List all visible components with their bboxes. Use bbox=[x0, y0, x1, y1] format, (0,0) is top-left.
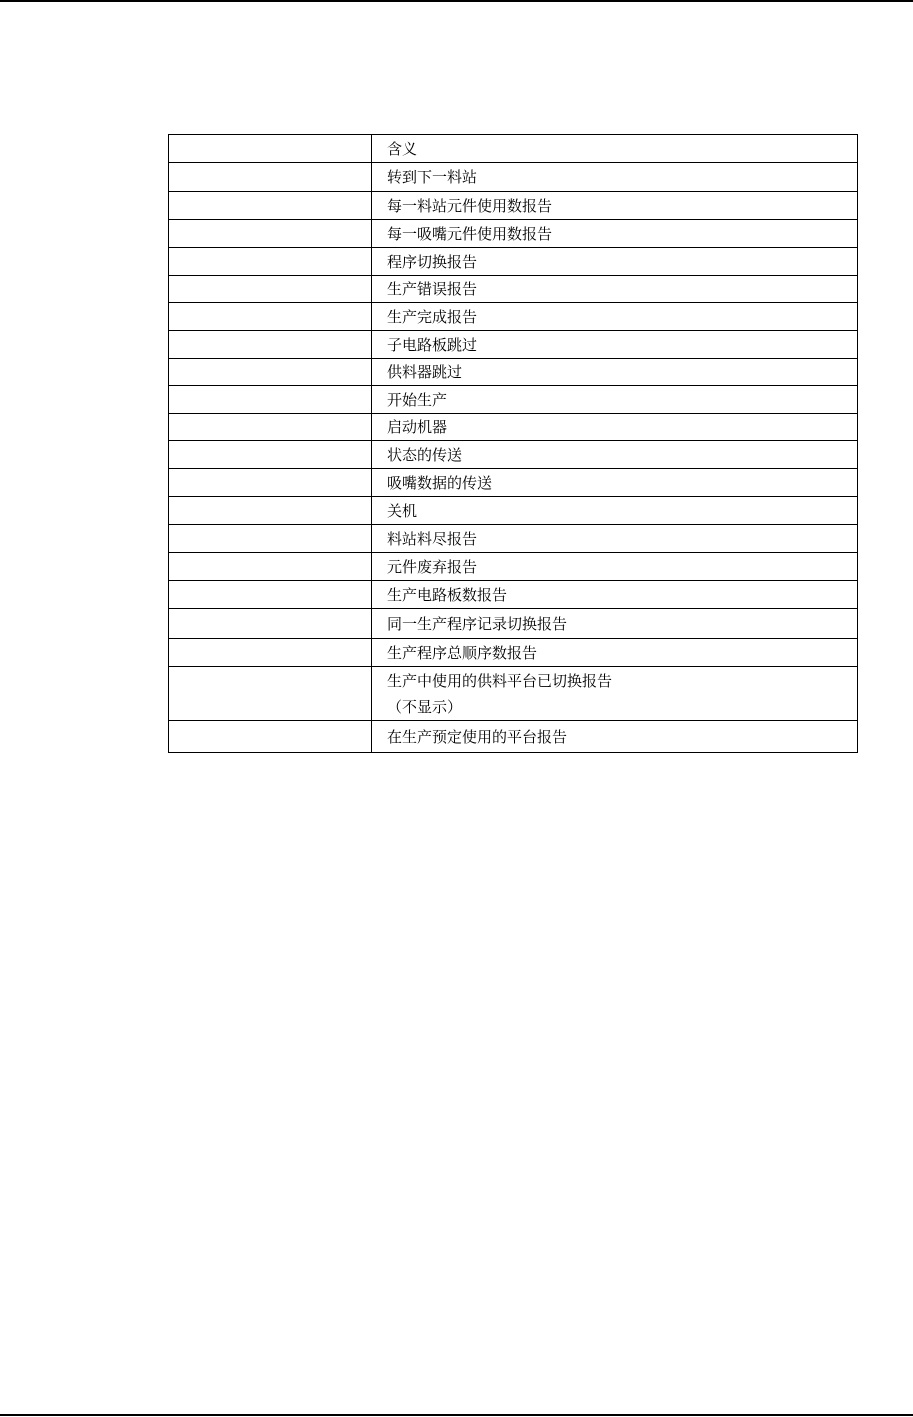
code-cell bbox=[169, 721, 372, 753]
table-row: 生产中使用的供料平台已切换报告 （不显示） bbox=[169, 667, 858, 721]
table-row: 生产错误报告 bbox=[169, 276, 858, 303]
table-row: 同一生产程序记录切换报告 bbox=[169, 609, 858, 639]
meaning-cell: 供料器跳过 bbox=[372, 359, 858, 386]
meaning-line-1: 生产中使用的供料平台已切换报告 bbox=[387, 668, 857, 694]
code-cell bbox=[169, 497, 372, 525]
meaning-cell: 每一吸嘴元件使用数报告 bbox=[372, 220, 858, 248]
table-row: 供料器跳过 bbox=[169, 359, 858, 386]
meaning-line-2: （不显示） bbox=[387, 694, 857, 720]
meaning-cell: 生产完成报告 bbox=[372, 303, 858, 331]
code-cell bbox=[169, 163, 372, 192]
table-row: 吸嘴数据的传送 bbox=[169, 469, 858, 497]
meaning-cell: 同一生产程序记录切换报告 bbox=[372, 609, 858, 639]
header-meaning-cell: 含义 bbox=[372, 135, 858, 163]
meaning-cell: 料站料尽报告 bbox=[372, 525, 858, 553]
header-code-cell bbox=[169, 135, 372, 163]
meaning-cell: 每一料站元件使用数报告 bbox=[372, 192, 858, 220]
code-cell bbox=[169, 414, 372, 441]
code-cell bbox=[169, 525, 372, 553]
meaning-cell: 吸嘴数据的传送 bbox=[372, 469, 858, 497]
table-row: 每一吸嘴元件使用数报告 bbox=[169, 220, 858, 248]
code-cell bbox=[169, 359, 372, 386]
table-row: 转到下一料站 bbox=[169, 163, 858, 192]
page-bottom-rule bbox=[0, 1414, 913, 1416]
code-cell bbox=[169, 192, 372, 220]
code-cell bbox=[169, 581, 372, 609]
meaning-cell: 生产程序总顺序数报告 bbox=[372, 639, 858, 667]
meaning-cell: 元件废弃报告 bbox=[372, 553, 858, 581]
meaning-cell: 启动机器 bbox=[372, 414, 858, 441]
meaning-cell: 生产电路板数报告 bbox=[372, 581, 858, 609]
code-cell bbox=[169, 248, 372, 276]
meaning-cell: 子电路板跳过 bbox=[372, 331, 858, 359]
meaning-cell: 程序切换报告 bbox=[372, 248, 858, 276]
page-top-rule bbox=[0, 0, 913, 2]
table-row: 在生产预定使用的平台报告 bbox=[169, 721, 858, 753]
code-cell bbox=[169, 639, 372, 667]
meaning-cell: 状态的传送 bbox=[372, 441, 858, 469]
table-header-row: 含义 bbox=[169, 135, 858, 163]
table-row: 状态的传送 bbox=[169, 441, 858, 469]
code-cell bbox=[169, 386, 372, 414]
code-cell bbox=[169, 220, 372, 248]
table-row: 生产完成报告 bbox=[169, 303, 858, 331]
table-row: 关机 bbox=[169, 497, 858, 525]
table-row: 生产电路板数报告 bbox=[169, 581, 858, 609]
code-cell bbox=[169, 667, 372, 721]
meaning-cell: 生产中使用的供料平台已切换报告 （不显示） bbox=[372, 667, 858, 721]
meaning-cell: 在生产预定使用的平台报告 bbox=[372, 721, 858, 753]
code-cell bbox=[169, 441, 372, 469]
code-cell bbox=[169, 276, 372, 303]
table-row: 程序切换报告 bbox=[169, 248, 858, 276]
table-row: 料站料尽报告 bbox=[169, 525, 858, 553]
meaning-cell: 生产错误报告 bbox=[372, 276, 858, 303]
meaning-cell: 转到下一料站 bbox=[372, 163, 858, 192]
meaning-cell: 开始生产 bbox=[372, 386, 858, 414]
table-row: 子电路板跳过 bbox=[169, 331, 858, 359]
table-row: 生产程序总顺序数报告 bbox=[169, 639, 858, 667]
code-cell bbox=[169, 469, 372, 497]
code-cell bbox=[169, 331, 372, 359]
code-cell bbox=[169, 303, 372, 331]
code-meaning-table: 含义 转到下一料站 每一料站元件使用数报告 每一吸嘴元件使用数报告 程序切换报告… bbox=[168, 134, 858, 753]
code-cell bbox=[169, 553, 372, 581]
table-row: 开始生产 bbox=[169, 386, 858, 414]
code-cell bbox=[169, 609, 372, 639]
table-row: 每一料站元件使用数报告 bbox=[169, 192, 858, 220]
table-row: 元件废弃报告 bbox=[169, 553, 858, 581]
table-row: 启动机器 bbox=[169, 414, 858, 441]
meaning-cell: 关机 bbox=[372, 497, 858, 525]
